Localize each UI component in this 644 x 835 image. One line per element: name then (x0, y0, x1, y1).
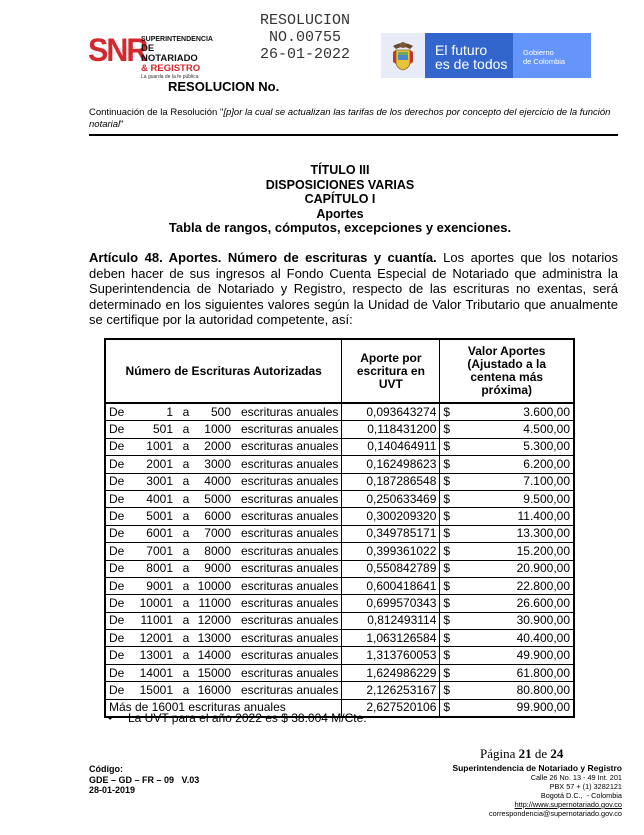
value-cell: 30.900,00 (454, 612, 574, 629)
range-unit: escrituras anuales (235, 666, 338, 681)
range-de: De (109, 439, 137, 454)
range-unit: escrituras anuales (235, 544, 338, 559)
range-from: 12001 (137, 631, 177, 646)
range-unit: escrituras anuales (235, 613, 338, 628)
table-row: De7001a8000escrituras anuales0,399361022… (105, 543, 574, 560)
table-row: De4001a5000escrituras anuales0,250633469… (105, 490, 574, 507)
table-row: De12001a13000escrituras anuales1,0631265… (105, 630, 574, 647)
title-titulo: TÍTULO III (150, 163, 530, 178)
range-cell: De11001a12000escrituras anuales (105, 612, 342, 629)
table-row: De10001a11000escrituras anuales0,6995703… (105, 595, 574, 612)
footer-phone: PBX 57 + (1) 3282121 (398, 782, 622, 791)
uvt-cell: 0,140464911 (342, 438, 440, 455)
uvt-note: •La UVT para el año 2022 es $ 38.004 M/C… (108, 711, 367, 725)
range-de: De (109, 561, 137, 576)
range-to: 500 (195, 405, 235, 420)
range-from: 1 (137, 405, 177, 420)
article-heading: Artículo 48. Aportes. Número de escritur… (89, 250, 437, 265)
uvt-cell: 0,093643274 (342, 403, 440, 421)
uvt-cell: 0,118431200 (342, 421, 440, 438)
range-cell: De5001a6000escrituras anuales (105, 508, 342, 525)
gobierno-line2: de Colombia (523, 57, 591, 66)
page-prefix: Página (480, 746, 519, 761)
range-a: a (177, 561, 195, 576)
uvt-cell: 1,063126584 (342, 630, 440, 647)
snr-logo-text: SUPERINTENDENCIA DE NOTARIADO & REGISTRO… (141, 36, 213, 80)
range-from: 1001 (137, 439, 177, 454)
range-unit: escrituras anuales (235, 457, 338, 472)
value-cell: 13.300,00 (454, 525, 574, 542)
range-cell: De4001a5000escrituras anuales (105, 490, 342, 507)
page-current: 21 (519, 746, 532, 761)
range-cell: De10001a11000escrituras anuales (105, 595, 342, 612)
header-numero-escrituras: Número de Escrituras Autorizadas (105, 339, 342, 403)
table-row: De1a500escrituras anuales0,093643274$3.6… (105, 403, 574, 421)
range-cell: De1a500escrituras anuales (105, 403, 342, 421)
range-to: 6000 (195, 509, 235, 524)
table-row: De14001a15000escrituras anuales1,6249862… (105, 664, 574, 681)
range-from: 5001 (137, 509, 177, 524)
snr-logo-line3: & REGISTRO (141, 64, 213, 74)
table-row: De1001a2000escrituras anuales0,140464911… (105, 438, 574, 455)
slogan-line1: El futuro (435, 43, 513, 57)
header-aporte-uvt: Aporte por escritura en UVT (342, 339, 440, 403)
value-cell: 20.900,00 (454, 560, 574, 577)
title-tabla: Tabla de rangos, cómputos, excepciones y… (150, 221, 530, 236)
table-row: De6001a7000escrituras anuales0,349785171… (105, 525, 574, 542)
currency-cell: $ (440, 577, 455, 594)
uvt-cell: 0,349785171 (342, 525, 440, 542)
range-to: 3000 (195, 457, 235, 472)
range-unit: escrituras anuales (235, 474, 338, 489)
footer-website-link[interactable]: http://www.supernotariado.gov.co (398, 800, 622, 809)
range-a: a (177, 405, 195, 420)
currency-cell: $ (440, 699, 455, 717)
bullet-icon: • (108, 711, 128, 725)
range-a: a (177, 596, 195, 611)
continuation-note: Continuación de la Resolución "[p]or la … (89, 107, 621, 131)
range-a: a (177, 648, 195, 663)
continuation-prefix: Continuación de la Resolución " (89, 107, 223, 118)
title-aportes: Aportes (150, 207, 530, 222)
footer-org: Superintendencia de Notariado y Registro (398, 763, 622, 773)
currency-cell: $ (440, 612, 455, 629)
range-a: a (177, 544, 195, 559)
range-from: 8001 (137, 561, 177, 576)
value-cell: 6.200,00 (454, 456, 574, 473)
snr-logo-line2: DE NOTARIADO (141, 44, 213, 64)
gobierno-label: Gobierno de Colombia (513, 33, 591, 78)
range-cell: De6001a7000escrituras anuales (105, 525, 342, 542)
range-from: 13001 (137, 648, 177, 663)
table-row: De9001a10000escrituras anuales0,60041864… (105, 577, 574, 594)
range-from: 6001 (137, 526, 177, 541)
range-de: De (109, 544, 137, 559)
range-from: 2001 (137, 457, 177, 472)
range-from: 3001 (137, 474, 177, 489)
title-capitulo: CAPÍTULO I (150, 192, 530, 207)
resolution-stamp: RESOLUCION NO.00755 26-01-2022 (250, 12, 360, 63)
code-date: 28-01-2019 (89, 785, 199, 796)
table-row: De3001a4000escrituras anuales0,187286548… (105, 473, 574, 490)
currency-cell: $ (440, 525, 455, 542)
value-cell: 26.600,00 (454, 595, 574, 612)
table-header-row: Número de Escrituras Autorizadas Aporte … (105, 339, 574, 403)
range-cell: De1001a2000escrituras anuales (105, 438, 342, 455)
table-row: De15001a16000escrituras anuales2,1262531… (105, 682, 574, 699)
stamp-title: RESOLUCION (250, 12, 360, 29)
range-de: De (109, 666, 137, 681)
table-row: De5001a6000escrituras anuales0,300209320… (105, 508, 574, 525)
range-de: De (109, 405, 137, 420)
range-from: 501 (137, 422, 177, 437)
range-a: a (177, 613, 195, 628)
range-a: a (177, 666, 195, 681)
range-to: 14000 (195, 648, 235, 663)
range-de: De (109, 613, 137, 628)
range-de: De (109, 648, 137, 663)
range-de: De (109, 526, 137, 541)
range-from: 11001 (137, 613, 177, 628)
range-cell: De7001a8000escrituras anuales (105, 543, 342, 560)
value-cell: 5.300,00 (454, 438, 574, 455)
uvt-cell: 2,126253167 (342, 682, 440, 699)
currency-cell: $ (440, 456, 455, 473)
range-de: De (109, 509, 137, 524)
range-from: 4001 (137, 492, 177, 507)
range-cell: De501a1000escrituras anuales (105, 421, 342, 438)
currency-cell: $ (440, 630, 455, 647)
range-cell: De2001a3000escrituras anuales (105, 456, 342, 473)
title-disposiciones: DISPOSICIONES VARIAS (150, 178, 530, 193)
document-code: Código: GDE – GD – FR – 09 V.03 28-01-20… (89, 764, 199, 796)
range-cell: De8001a9000escrituras anuales (105, 560, 342, 577)
code-value: GDE – GD – FR – 09 V.03 (89, 775, 199, 786)
value-cell: 22.800,00 (454, 577, 574, 594)
value-cell: 40.400,00 (454, 630, 574, 647)
uvt-cell: 0,300209320 (342, 508, 440, 525)
uvt-cell: 1,313760053 (342, 647, 440, 664)
uvt-cell: 0,550842789 (342, 560, 440, 577)
colombia-coat-of-arms-icon (381, 33, 425, 78)
footer-city: Bogotá D.C., - Colombia (398, 791, 622, 800)
page-mid: de (532, 746, 551, 761)
range-to: 16000 (195, 683, 235, 698)
range-de: De (109, 579, 137, 594)
header-divider (89, 134, 618, 136)
currency-cell: $ (440, 682, 455, 699)
snr-logo: SNR SNR SUPERINTENDENCIA DE NOTARIADO & … (88, 33, 188, 69)
range-to: 12000 (195, 613, 235, 628)
range-de: De (109, 457, 137, 472)
value-cell: 11.400,00 (454, 508, 574, 525)
table-row: De2001a3000escrituras anuales0,162498623… (105, 456, 574, 473)
range-cell: De13001a14000escrituras anuales (105, 647, 342, 664)
uvt-cell: 0,162498623 (342, 456, 440, 473)
code-label: Código: (89, 764, 199, 775)
value-cell: 9.500,00 (454, 490, 574, 507)
range-a: a (177, 579, 195, 594)
uvt-cell: 0,699570343 (342, 595, 440, 612)
range-a: a (177, 683, 195, 698)
range-cell: De9001a10000escrituras anuales (105, 577, 342, 594)
range-to: 10000 (195, 579, 235, 594)
range-unit: escrituras anuales (235, 492, 338, 507)
uvt-cell: 0,187286548 (342, 473, 440, 490)
uvt-cell: 0,812493114 (342, 612, 440, 629)
currency-cell: $ (440, 664, 455, 681)
range-from: 10001 (137, 596, 177, 611)
value-cell: 80.800,00 (454, 682, 574, 699)
value-cell: 4.500,00 (454, 421, 574, 438)
range-unit: escrituras anuales (235, 579, 338, 594)
article-48: Artículo 48. Aportes. Número de escritur… (89, 250, 618, 328)
range-a: a (177, 439, 195, 454)
value-cell: 99.900,00 (454, 699, 574, 717)
footer-address: Calle 26 No. 13 - 49 Int. 201 (398, 773, 622, 782)
range-to: 7000 (195, 526, 235, 541)
range-de: De (109, 596, 137, 611)
range-unit: escrituras anuales (235, 405, 338, 420)
range-to: 1000 (195, 422, 235, 437)
stamp-date: 26-01-2022 (250, 46, 360, 63)
value-cell: 61.800,00 (454, 664, 574, 681)
range-from: 15001 (137, 683, 177, 698)
uvt-cell: 0,250633469 (342, 490, 440, 507)
range-de: De (109, 474, 137, 489)
stamp-number: NO.00755 (250, 29, 360, 46)
continuation-suffix: " (120, 119, 123, 130)
currency-cell: $ (440, 421, 455, 438)
range-from: 14001 (137, 666, 177, 681)
footer-contact: Superintendencia de Notariado y Registro… (398, 763, 622, 818)
gobierno-slogan: El futuro es de todos (425, 33, 513, 78)
uvt-cell: 1,624986229 (342, 664, 440, 681)
range-unit: escrituras anuales (235, 422, 338, 437)
page-number: Página 21 de 24 (480, 746, 563, 762)
range-to: 13000 (195, 631, 235, 646)
currency-cell: $ (440, 490, 455, 507)
table-row: De13001a14000escrituras anuales1,3137600… (105, 647, 574, 664)
page-total: 24 (550, 746, 563, 761)
range-a: a (177, 457, 195, 472)
range-to: 11000 (195, 596, 235, 611)
resolution-number-label: RESOLUCION No. (168, 79, 279, 94)
table-row: De8001a9000escrituras anuales0,550842789… (105, 560, 574, 577)
currency-cell: $ (440, 438, 455, 455)
currency-cell: $ (440, 595, 455, 612)
value-cell: 3.600,00 (454, 403, 574, 421)
range-a: a (177, 526, 195, 541)
range-a: a (177, 474, 195, 489)
uvt-note-text: La UVT para el año 2022 es $ 38.004 M/Ct… (128, 711, 367, 725)
range-to: 4000 (195, 474, 235, 489)
range-a: a (177, 492, 195, 507)
gobierno-line1: Gobierno (523, 48, 591, 57)
range-unit: escrituras anuales (235, 439, 338, 454)
range-unit: escrituras anuales (235, 596, 338, 611)
range-cell: De12001a13000escrituras anuales (105, 630, 342, 647)
range-unit: escrituras anuales (235, 526, 338, 541)
uvt-cell: 0,399361022 (342, 543, 440, 560)
section-titles: TÍTULO III DISPOSICIONES VARIAS CAPÍTULO… (150, 163, 530, 236)
range-to: 2000 (195, 439, 235, 454)
table-row: De11001a12000escrituras anuales0,8124931… (105, 612, 574, 629)
range-cell: De3001a4000escrituras anuales (105, 473, 342, 490)
range-de: De (109, 631, 137, 646)
range-a: a (177, 509, 195, 524)
header-valor-aportes: Valor Aportes (Ajustado a la centena más… (440, 339, 574, 403)
range-cell: De15001a16000escrituras anuales (105, 682, 342, 699)
currency-cell: $ (440, 508, 455, 525)
range-to: 9000 (195, 561, 235, 576)
currency-cell: $ (440, 560, 455, 577)
table-row: De501a1000escrituras anuales0,118431200$… (105, 421, 574, 438)
value-cell: 49.900,00 (454, 647, 574, 664)
range-a: a (177, 631, 195, 646)
currency-cell: $ (440, 403, 455, 421)
range-a: a (177, 422, 195, 437)
value-cell: 15.200,00 (454, 543, 574, 560)
range-de: De (109, 683, 137, 698)
aportes-table: Número de Escrituras Autorizadas Aporte … (104, 338, 575, 718)
range-cell: De14001a15000escrituras anuales (105, 664, 342, 681)
range-to: 8000 (195, 544, 235, 559)
range-unit: escrituras anuales (235, 631, 338, 646)
range-unit: escrituras anuales (235, 561, 338, 576)
snr-logo-letters: SNR (88, 33, 146, 67)
range-to: 15000 (195, 666, 235, 681)
range-from: 7001 (137, 544, 177, 559)
range-to: 5000 (195, 492, 235, 507)
gobierno-banner: El futuro es de todos Gobierno de Colomb… (381, 33, 591, 78)
footer-email[interactable]: correspondencia@supernotariado.gov.co (398, 809, 622, 818)
uvt-cell: 0,600418641 (342, 577, 440, 594)
currency-cell: $ (440, 473, 455, 490)
range-unit: escrituras anuales (235, 509, 338, 524)
currency-cell: $ (440, 647, 455, 664)
range-unit: escrituras anuales (235, 683, 338, 698)
currency-cell: $ (440, 543, 455, 560)
range-de: De (109, 422, 137, 437)
range-de: De (109, 492, 137, 507)
slogan-line2: es de todos (435, 57, 513, 71)
value-cell: 7.100,00 (454, 473, 574, 490)
range-from: 9001 (137, 579, 177, 594)
range-unit: escrituras anuales (235, 648, 338, 663)
